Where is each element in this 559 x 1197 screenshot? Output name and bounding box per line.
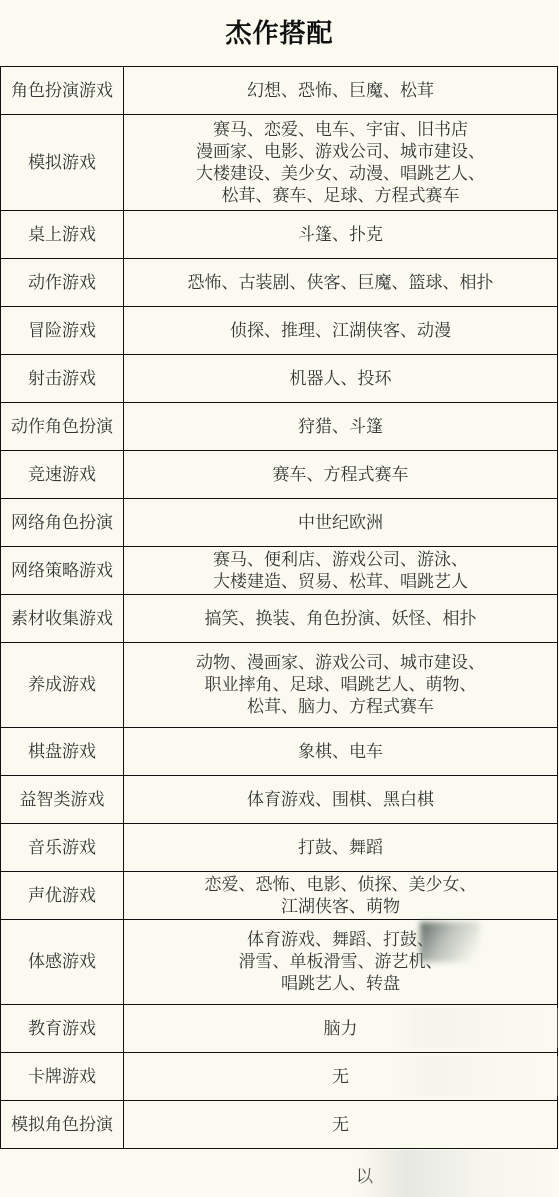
table-row: 竞速游戏 赛车、方程式赛车 <box>1 451 558 499</box>
genre-cell: 模拟游戏 <box>1 115 124 211</box>
themes-line: 狩猎、斗篷 <box>128 416 553 438</box>
table-row: 网络角色扮演 中世纪欧洲 <box>1 499 558 547</box>
themes-line: 恋爱、恐怖、电影、侦探、美少女、 <box>128 874 553 896</box>
table-row: 素材收集游戏 搞笑、换装、角色扮演、妖怪、相扑 <box>1 595 558 643</box>
themes-cell: 赛马、便利店、游戏公司、游泳、 大楼建造、贸易、松茸、唱跳艺人 <box>124 547 558 595</box>
genre-cell: 网络角色扮演 <box>1 499 124 547</box>
genre-cell: 益智类游戏 <box>1 776 124 824</box>
table-row: 教育游戏 脑力 <box>1 1005 558 1053</box>
themes-line: 斗篷、扑克 <box>128 224 553 246</box>
themes-line: 松茸、脑力、方程式赛车 <box>128 696 553 718</box>
themes-line: 机器人、投环 <box>128 368 553 390</box>
blur-overlay <box>356 1150 559 1197</box>
themes-line: 动物、漫画家、游戏公司、城市建设、 <box>128 652 553 674</box>
themes-cell: 机器人、投环 <box>124 355 558 403</box>
themes-line: 唱跳艺人、转盘 <box>128 973 553 995</box>
genre-theme-table: 角色扮演游戏 幻想、恐怖、巨魔、松茸 模拟游戏 赛马、恋爱、电车、宇宙、旧书店 … <box>0 66 558 1149</box>
themes-line: 侦探、推理、江湖侠客、动漫 <box>128 320 553 342</box>
themes-cell: 恐怖、古装剧、侠客、巨魔、篮球、相扑 <box>124 259 558 307</box>
table-row: 冒险游戏 侦探、推理、江湖侠客、动漫 <box>1 307 558 355</box>
themes-line: 赛马、恋爱、电车、宇宙、旧书店 <box>128 119 553 141</box>
themes-cell: 无 <box>124 1101 558 1149</box>
table-row: 动作游戏 恐怖、古装剧、侠客、巨魔、篮球、相扑 <box>1 259 558 307</box>
themes-cell: 体育游戏、围棋、黑白棋 <box>124 776 558 824</box>
table-row: 棋盘游戏 象棋、电车 <box>1 728 558 776</box>
themes-cell: 打鼓、舞蹈 <box>124 824 558 872</box>
genre-cell: 教育游戏 <box>1 1005 124 1053</box>
genre-cell: 动作游戏 <box>1 259 124 307</box>
themes-cell: 幻想、恐怖、巨魔、松茸 <box>124 67 558 115</box>
genre-cell: 声优游戏 <box>1 872 124 920</box>
themes-line: 中世纪欧洲 <box>128 512 553 534</box>
table-row: 声优游戏 恋爱、恐怖、电影、侦探、美少女、 江湖侠客、萌物 <box>1 872 558 920</box>
themes-cell: 中世纪欧洲 <box>124 499 558 547</box>
genre-cell: 冒险游戏 <box>1 307 124 355</box>
genre-cell: 竞速游戏 <box>1 451 124 499</box>
genre-cell: 模拟角色扮演 <box>1 1101 124 1149</box>
genre-cell: 网络策略游戏 <box>1 547 124 595</box>
genre-cell: 体感游戏 <box>1 920 124 1005</box>
table-row: 体感游戏 体育游戏、舞蹈、打鼓、 滑雪、单板滑雪、游艺机、 唱跳艺人、转盘 <box>1 920 558 1005</box>
themes-line: 赛车、方程式赛车 <box>128 464 553 486</box>
themes-cell: 赛车、方程式赛车 <box>124 451 558 499</box>
themes-cell: 象棋、电车 <box>124 728 558 776</box>
themes-line: 大楼建设、美少女、动漫、唱跳艺人、 <box>128 163 553 185</box>
table-row: 网络策略游戏 赛马、便利店、游戏公司、游泳、 大楼建造、贸易、松茸、唱跳艺人 <box>1 547 558 595</box>
themes-line: 无 <box>128 1066 553 1088</box>
table-row: 模拟游戏 赛马、恋爱、电车、宇宙、旧书店 漫画家、电影、游戏公司、城市建设、 大… <box>1 115 558 211</box>
themes-line: 漫画家、电影、游戏公司、城市建设、 <box>128 141 553 163</box>
themes-line: 赛马、便利店、游戏公司、游泳、 <box>128 549 553 571</box>
genre-cell: 养成游戏 <box>1 643 124 728</box>
themes-cell: 赛马、恋爱、电车、宇宙、旧书店 漫画家、电影、游戏公司、城市建设、 大楼建设、美… <box>124 115 558 211</box>
genre-cell: 动作角色扮演 <box>1 403 124 451</box>
themes-line: 象棋、电车 <box>128 741 553 763</box>
themes-line: 无 <box>128 1114 553 1136</box>
themes-cell: 体育游戏、舞蹈、打鼓、 滑雪、单板滑雪、游艺机、 唱跳艺人、转盘 <box>124 920 558 1005</box>
themes-line: 幻想、恐怖、巨魔、松茸 <box>128 80 553 102</box>
themes-cell: 恋爱、恐怖、电影、侦探、美少女、 江湖侠客、萌物 <box>124 872 558 920</box>
themes-line: 脑力 <box>128 1018 553 1040</box>
genre-cell: 桌上游戏 <box>1 211 124 259</box>
footer-text: 以 <box>356 1162 373 1187</box>
genre-cell: 音乐游戏 <box>1 824 124 872</box>
themes-cell: 侦探、推理、江湖侠客、动漫 <box>124 307 558 355</box>
table-row: 桌上游戏 斗篷、扑克 <box>1 211 558 259</box>
themes-cell: 脑力 <box>124 1005 558 1053</box>
themes-line: 滑雪、单板滑雪、游艺机、 <box>128 951 553 973</box>
genre-cell: 棋盘游戏 <box>1 728 124 776</box>
themes-line: 松茸、赛车、足球、方程式赛车 <box>128 185 553 207</box>
table-row: 音乐游戏 打鼓、舞蹈 <box>1 824 558 872</box>
themes-line: 恐怖、古装剧、侠客、巨魔、篮球、相扑 <box>128 272 553 294</box>
themes-cell: 动物、漫画家、游戏公司、城市建设、 职业摔角、足球、唱跳艺人、萌物、 松茸、脑力… <box>124 643 558 728</box>
page-title: 杰作搭配 <box>0 14 559 54</box>
table-row: 卡牌游戏 无 <box>1 1053 558 1101</box>
table-row: 养成游戏 动物、漫画家、游戏公司、城市建设、 职业摔角、足球、唱跳艺人、萌物、 … <box>1 643 558 728</box>
themes-line: 搞笑、换装、角色扮演、妖怪、相扑 <box>128 608 553 630</box>
themes-cell: 狩猎、斗篷 <box>124 403 558 451</box>
themes-line: 江湖侠客、萌物 <box>128 896 553 918</box>
genre-cell: 角色扮演游戏 <box>1 67 124 115</box>
table-row: 模拟角色扮演 无 <box>1 1101 558 1149</box>
themes-cell: 搞笑、换装、角色扮演、妖怪、相扑 <box>124 595 558 643</box>
table-row: 动作角色扮演 狩猎、斗篷 <box>1 403 558 451</box>
themes-line: 打鼓、舞蹈 <box>128 837 553 859</box>
themes-cell: 斗篷、扑克 <box>124 211 558 259</box>
genre-cell: 射击游戏 <box>1 355 124 403</box>
themes-line: 体育游戏、围棋、黑白棋 <box>128 789 553 811</box>
genre-cell: 卡牌游戏 <box>1 1053 124 1101</box>
themes-line: 体育游戏、舞蹈、打鼓、 <box>128 929 553 951</box>
themes-line: 大楼建造、贸易、松茸、唱跳艺人 <box>128 571 553 593</box>
table-row: 益智类游戏 体育游戏、围棋、黑白棋 <box>1 776 558 824</box>
table-row: 角色扮演游戏 幻想、恐怖、巨魔、松茸 <box>1 67 558 115</box>
themes-line: 职业摔角、足球、唱跳艺人、萌物、 <box>128 674 553 696</box>
genre-cell: 素材收集游戏 <box>1 595 124 643</box>
themes-cell: 无 <box>124 1053 558 1101</box>
table-row: 射击游戏 机器人、投环 <box>1 355 558 403</box>
